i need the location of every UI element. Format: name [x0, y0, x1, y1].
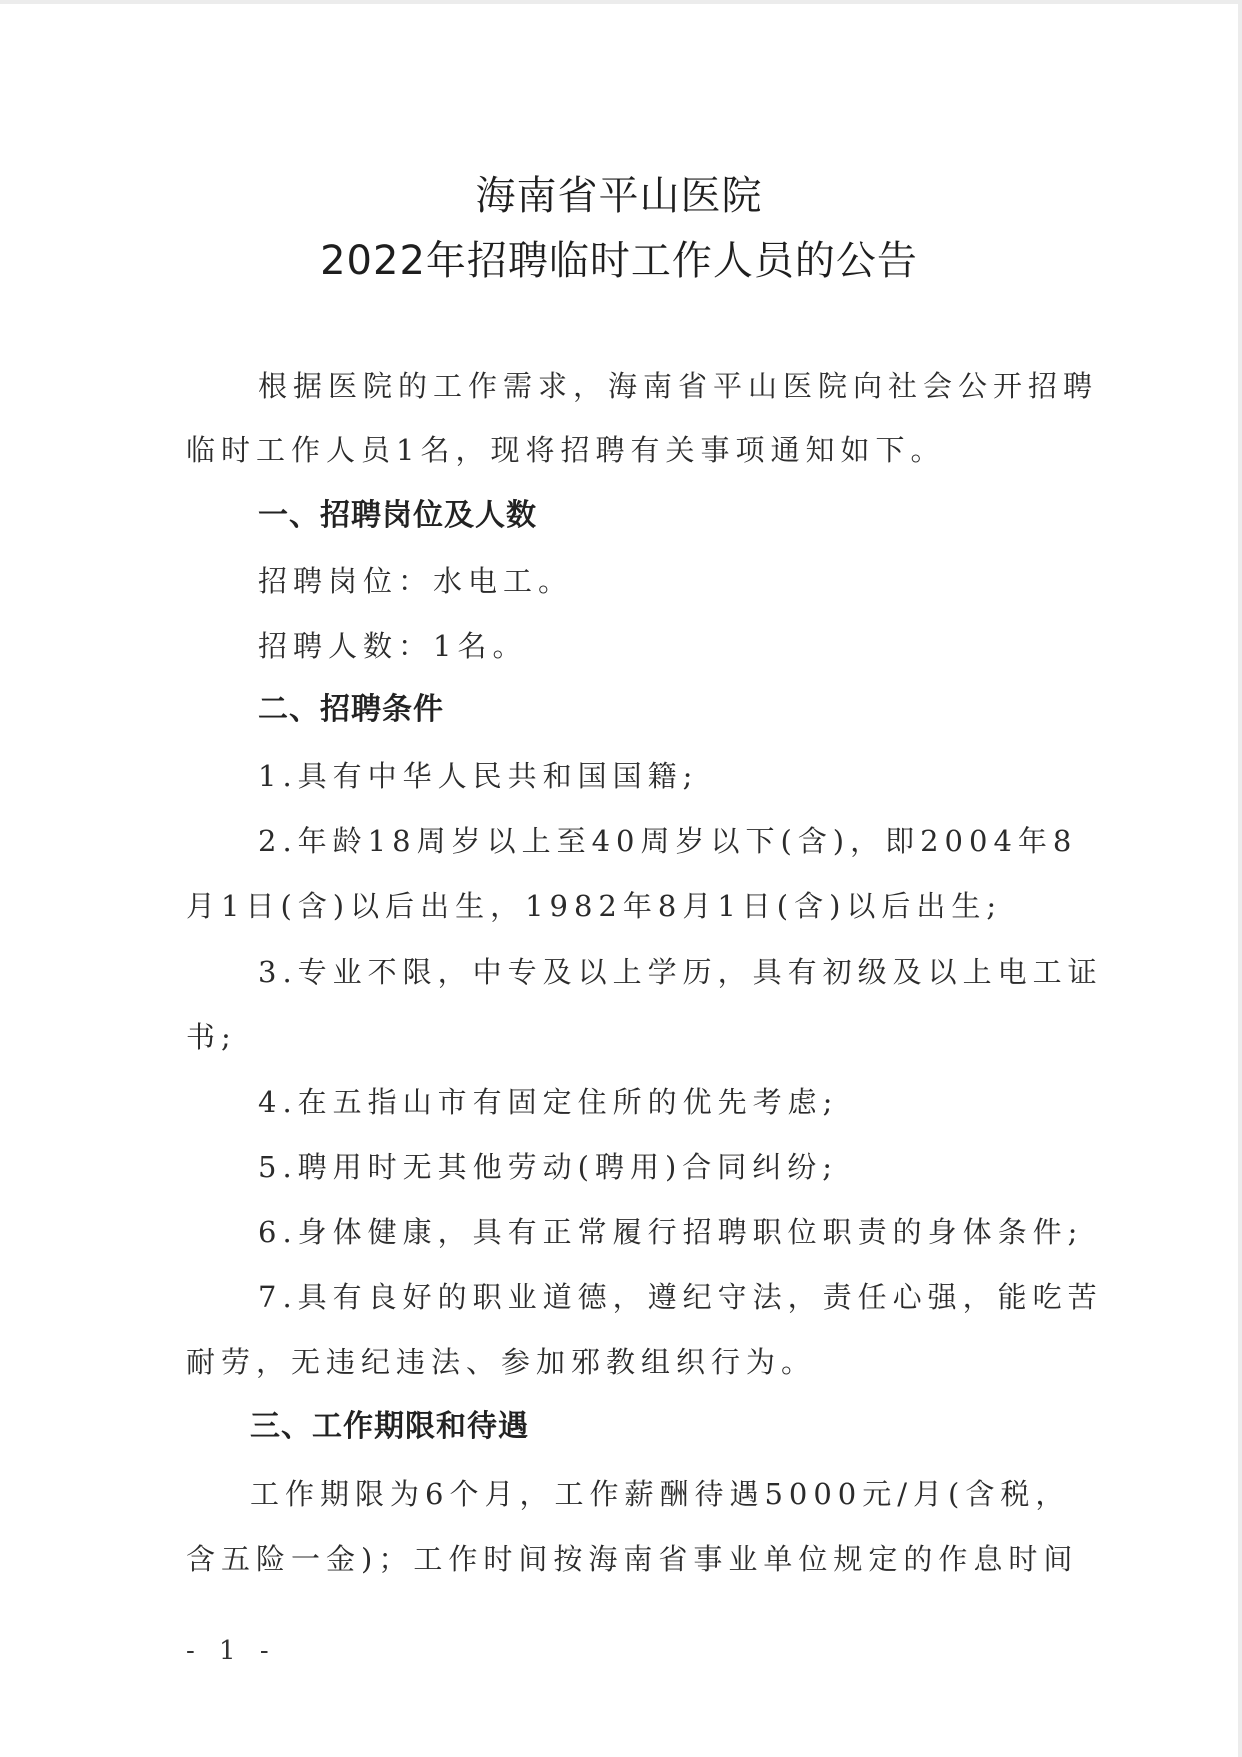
- condition-line: 5.聘用时无其他劳动(聘用)合同纠纷;: [258, 1149, 838, 1185]
- condition-line: 1.具有中华人民共和国国籍;: [258, 758, 698, 794]
- intro-line-2: 临时工作人员1名，现将招聘有关事项通知如下。: [186, 432, 945, 468]
- condition-line: 3.专业不限，中专及以上学历，具有初级及以上电工证: [258, 954, 1103, 990]
- condition-line: 耐劳，无违纪违法、参加邪教组织行为。: [186, 1344, 816, 1380]
- condition-line: 书;: [186, 1019, 237, 1055]
- section-heading-conditions: 二、招聘条件: [258, 692, 444, 728]
- document-title-line2: 2022年招聘临时工作人员的公告: [0, 229, 1238, 286]
- count-line: 招聘人数：1名。: [258, 628, 527, 664]
- section-heading-positions: 一、招聘岗位及人数: [258, 498, 537, 534]
- condition-line: 7.具有良好的职业道德，遵纪守法，责任心强，能吃苦: [258, 1279, 1103, 1315]
- condition-line: 月1日(含)以后出生，1982年8月1日(含)以后出生;: [186, 888, 1002, 924]
- condition-line: 2.年龄18周岁以上至40周岁以下(含)，即2004年8: [258, 823, 1077, 859]
- condition-line: 4.在五指山市有固定住所的优先考虑;: [258, 1084, 838, 1120]
- section-heading-term-pay: 三、工作期限和待遇: [250, 1409, 529, 1445]
- intro-line-1: 根据医院的工作需求，海南省平山医院向社会公开招聘: [258, 368, 1098, 404]
- document-title-line1: 海南省平山医院: [0, 164, 1238, 221]
- term-line: 工作期限为6个月，工作薪酬待遇5000元/月(含税，: [250, 1476, 1070, 1512]
- document-page: 海南省平山医院 2022年招聘临时工作人员的公告 根据医院的工作需求，海南省平山…: [0, 4, 1238, 1757]
- condition-line: 6.身体健康，具有正常履行招聘职位职责的身体条件;: [258, 1214, 1083, 1250]
- term-line: 含五险一金)；工作时间按海南省事业单位规定的作息时间: [186, 1541, 1078, 1577]
- position-line: 招聘岗位：水电工。: [258, 563, 573, 599]
- page-number: - 1 -: [186, 1636, 277, 1666]
